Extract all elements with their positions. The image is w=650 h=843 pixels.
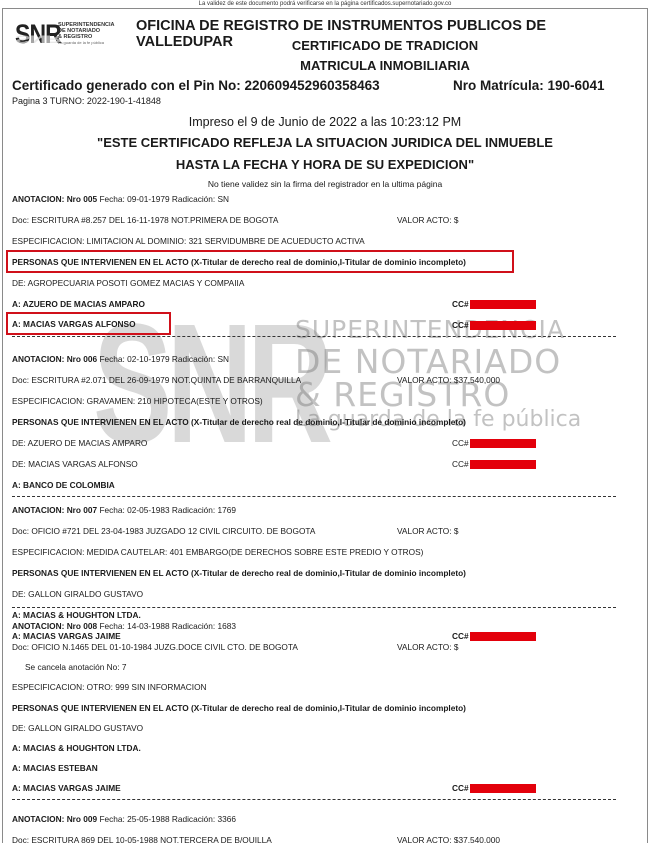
watermark-text: SUPERINTENDENCIA DE NOTARIADO & REGISTRO… — [295, 317, 581, 431]
cc-label: CC# — [452, 631, 469, 641]
certificate-subtitle: MATRICULA INMOBILIARIA — [63, 58, 650, 73]
highlight-box-persona — [6, 312, 171, 335]
persona-row: A: MACIAS VARGAS JAIME — [12, 783, 121, 793]
cc-redacted: CC# — [452, 438, 536, 448]
cc-redacted: CC# — [452, 299, 536, 309]
annotation-date: Fecha: 25-05-1988 Radicación: 3366 — [97, 814, 236, 824]
pin-line: Certificado generado con el Pin No: 2206… — [12, 78, 380, 93]
annotation-heading: ANOTACION: Nro 007 Fecha: 02-05-1983 Rad… — [12, 505, 236, 515]
annotation-especificacion: ESPECIFICACION: OTRO: 999 SIN INFORMACIO… — [12, 682, 207, 692]
cc-redacted: CC# — [452, 783, 536, 793]
cc-redacted: CC# — [452, 459, 536, 469]
valor-acto: VALOR ACTO: $37,540,000 — [397, 835, 500, 843]
redaction-bar — [470, 300, 536, 309]
cancela-note: Se cancela anotación No: 7 — [25, 662, 126, 672]
annotation-date: Fecha: 02-05-1983 Radicación: 1769 — [97, 505, 236, 515]
redaction-bar — [470, 439, 536, 448]
persona-row: A: MACIAS ESTEBAN — [12, 763, 98, 773]
redaction-bar — [470, 460, 536, 469]
watermark-line: SUPERINTENDENCIA — [295, 317, 581, 342]
persona-row: A: MACIAS VARGAS JAIME — [12, 631, 121, 641]
persona-row: DE: MACIAS VARGAS ALFONSO — [12, 459, 138, 469]
printed-date: Impreso el 9 de Junio de 2022 a las 10:2… — [3, 115, 647, 129]
cc-label: CC# — [452, 459, 469, 469]
watermark-line: DE NOTARIADO — [295, 345, 581, 378]
persona-row: A: MACIAS & HOUGHTON LTDA. — [12, 610, 141, 620]
annotation-number: ANOTACION: Nro 008 — [12, 621, 97, 631]
annotation-date: Fecha: 09-01-1979 Radicación: SN — [97, 194, 229, 204]
valor-acto: VALOR ACTO: $37,540,000 — [397, 375, 500, 385]
annotation-number: ANOTACION: Nro 006 — [12, 354, 97, 364]
cc-label: CC# — [452, 438, 469, 448]
valor-acto: VALOR ACTO: $ — [397, 526, 458, 536]
annotation-doc: Doc: ESCRITURA #8.257 DEL 16-11-1978 NOT… — [12, 215, 278, 225]
persona-row: DE: AZUERO DE MACIAS AMPARO — [12, 438, 147, 448]
annotation-heading: ANOTACION: Nro 006 Fecha: 02-10-1979 Rad… — [12, 354, 229, 364]
annotation-number: ANOTACION: Nro 007 — [12, 505, 97, 515]
persona-row: A: BANCO DE COLOMBIA — [12, 480, 115, 490]
persona-row: A: MACIAS & HOUGHTON LTDA. — [12, 743, 141, 753]
legal-statement-line2: HASTA LA FECHA Y HORA DE SU EXPEDICION" — [3, 157, 647, 172]
persona-row: DE: GALLON GIRALDO GUSTAVO — [12, 723, 143, 733]
annotation-doc: Doc: ESCRITURA 869 DEL 10-05-1988 NOT.TE… — [12, 835, 272, 843]
legal-statement-line1: "ESTE CERTIFICADO REFLEJA LA SITUACION J… — [3, 135, 647, 150]
certificate-page: SNR SUPERINTENDENCIA DE NOTARIADO & REGI… — [2, 8, 648, 843]
persona-row: A: AZUERO DE MACIAS AMPARO — [12, 299, 145, 309]
cc-label: CC# — [452, 320, 469, 330]
matricula-number: Nro Matrícula: 190-6041 — [453, 78, 605, 93]
redaction-bar — [470, 632, 536, 641]
certificate-title: CERTIFICADO DE TRADICION — [63, 38, 650, 53]
persona-row: DE: AGROPECUARIA POSOTI GOMEZ MACIAS Y C… — [12, 278, 244, 288]
redaction-bar — [470, 784, 536, 793]
cc-label: CC# — [452, 299, 469, 309]
logo-reflection: SNR — [15, 33, 61, 45]
annotation-especificacion: ESPECIFICACION: LIMITACION AL DOMINIO: 3… — [12, 236, 365, 246]
cc-redacted: CC# — [452, 320, 536, 330]
annotation-number: ANOTACION: Nro 009 — [12, 814, 97, 824]
separator — [12, 496, 616, 497]
valor-acto: VALOR ACTO: $ — [397, 642, 458, 652]
highlight-box-personas — [6, 250, 514, 273]
personas-header: PERSONAS QUE INTERVIENEN EN EL ACTO (X-T… — [12, 417, 466, 427]
annotation-number: ANOTACION: Nro 005 — [12, 194, 97, 204]
annotation-doc: Doc: ESCRITURA #2.071 DEL 26-09-1979 NOT… — [12, 375, 301, 385]
annotation-especificacion: ESPECIFICACION: GRAVAMEN: 210 HIPOTECA(E… — [12, 396, 263, 406]
annotation-especificacion: ESPECIFICACION: MEDIDA CAUTELAR: 401 EMB… — [12, 547, 423, 557]
annotation-date: Fecha: 02-10-1979 Radicación: SN — [97, 354, 229, 364]
separator — [12, 799, 616, 800]
annotation-date: Fecha: 14-03-1988 Radicación: 1683 — [97, 621, 236, 631]
persona-row: DE: GALLON GIRALDO GUSTAVO — [12, 589, 143, 599]
personas-header: PERSONAS QUE INTERVIENEN EN EL ACTO (X-T… — [12, 703, 466, 713]
annotation-heading: ANOTACION: Nro 008 Fecha: 14-03-1988 Rad… — [12, 621, 236, 631]
page-turno: Pagina 3 TURNO: 2022-190-1-41848 — [12, 96, 161, 106]
separator — [12, 607, 616, 608]
annotation-heading: ANOTACION: Nro 009 Fecha: 25-05-1988 Rad… — [12, 814, 236, 824]
valor-acto: VALOR ACTO: $ — [397, 215, 458, 225]
separator — [12, 336, 616, 337]
cc-label: CC# — [452, 783, 469, 793]
cc-redacted: CC# — [452, 631, 536, 641]
annotation-heading: ANOTACION: Nro 005 Fecha: 09-01-1979 Rad… — [12, 194, 229, 204]
annotation-doc: Doc: OFICIO #721 DEL 23-04-1983 JUZGADO … — [12, 526, 315, 536]
personas-header: PERSONAS QUE INTERVIENEN EN EL ACTO (X-T… — [12, 568, 466, 578]
redaction-bar — [470, 321, 536, 330]
signature-note: No tiene validez sin la firma del regist… — [3, 179, 647, 189]
annotation-doc: Doc: OFICIO N.1465 DEL 01-10-1984 JUZG.D… — [12, 642, 298, 652]
